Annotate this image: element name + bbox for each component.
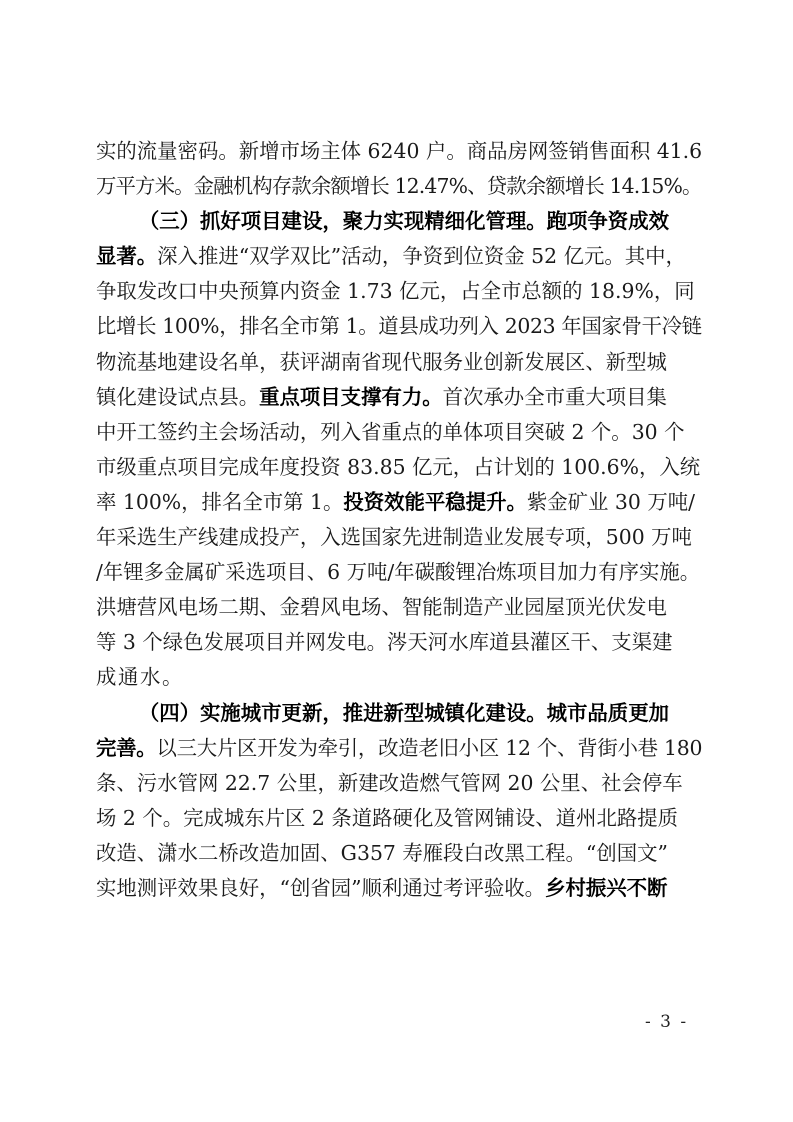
body-text: 等 3 个绿色发展项目并网发电。涔天河水库道县灌区干、支渠建 xyxy=(96,630,672,654)
bold-heading-text: （四）实施城市更新，推进新型城镇化建设。城市品质更加 xyxy=(139,701,669,725)
body-text: 比增长 100%，排名全市第 1。道县成功列入 2023 年国家骨干冷链 xyxy=(96,314,702,338)
body-text: 镇化建设试点县。 xyxy=(96,385,259,409)
text-line: 争取发改口中央预算内资金 1.73 亿元，占全市总额的 18.9%，同 xyxy=(96,274,702,309)
bold-heading-text: 显著。 xyxy=(96,244,157,268)
body-text: 条、污水管网 22.7 公里，新建改造燃气管网 20 公里、社会停车 xyxy=(96,771,683,795)
body-text: 实的流量密码。新增市场主体 6240 户。商品房网签销售面积 41.6 xyxy=(96,139,702,163)
text-line: 中开工签约主会场活动，列入省重点的单体项目突破 2 个。30 个 xyxy=(96,415,702,450)
body-text: 率 100%，排名全市第 1。 xyxy=(96,490,343,514)
text-line: 镇化建设试点县。重点项目支撑有力。首次承办全市重大项目集 xyxy=(96,380,702,415)
body-text: 改造、潇水二桥改造加固、G357 寿雁段白改黑工程。“创国文” xyxy=(96,841,668,865)
bold-heading-text: （三）抓好项目建设，聚力实现精细化管理。跑项争资成效 xyxy=(139,209,669,233)
body-text: 争取发改口中央预算内资金 1.73 亿元，占全市总额的 18.9%，同 xyxy=(96,279,695,303)
body-text: 紫金矿业 30 万吨/ xyxy=(527,490,695,514)
body-text: 深入推进“双学双比”活动，争资到位资金 52 亿元。其中， xyxy=(157,244,686,268)
text-line: 改造、潇水二桥改造加固、G357 寿雁段白改黑工程。“创国文” xyxy=(96,836,702,871)
bold-heading-text: 重点项目支撑有力。 xyxy=(259,385,443,409)
body-text: /年锂多金属矿采选项目、6 万吨/年碳酸锂冶炼项目加力有序实施。 xyxy=(96,560,700,584)
text-line: 万平方米。金融机构存款余额增长 12.47%、贷款余额增长 14.15%。 xyxy=(96,169,702,204)
text-line: 显著。深入推进“双学双比”活动，争资到位资金 52 亿元。其中， xyxy=(96,239,702,274)
document-body: 实的流量密码。新增市场主体 6240 户。商品房网签销售面积 41.6万平方米。… xyxy=(96,134,702,906)
text-line: 成通水。 xyxy=(96,660,702,695)
bold-heading-text: 乡村振兴不断 xyxy=(545,876,667,900)
text-line: 条、污水管网 22.7 公里，新建改造燃气管网 20 公里、社会停车 xyxy=(96,766,702,801)
text-line: /年锂多金属矿采选项目、6 万吨/年碳酸锂冶炼项目加力有序实施。 xyxy=(96,555,702,590)
body-text: 洪塘营风电场二期、金碧风电场、智能制造产业园屋顶光伏发电 xyxy=(96,595,667,619)
body-text: 以三大片区开发为牵引，改造老旧小区 12 个、背街小巷 180 xyxy=(156,736,702,760)
text-line: 实的流量密码。新增市场主体 6240 户。商品房网签销售面积 41.6 xyxy=(96,134,702,169)
text-line: （四）实施城市更新，推进新型城镇化建设。城市品质更加 xyxy=(96,696,702,731)
text-line: 比增长 100%，排名全市第 1。道县成功列入 2023 年国家骨干冷链 xyxy=(96,309,702,344)
text-line: 场 2 个。完成城东片区 2 条道路硬化及管网铺设、道州北路提质 xyxy=(96,801,702,836)
text-line: 率 100%，排名全市第 1。投资效能平稳提升。紫金矿业 30 万吨/ xyxy=(96,485,702,520)
text-line: 年采选生产线建成投产，入选国家先进制造业发展专项，500 万吨 xyxy=(96,520,702,555)
text-line: 物流基地建设名单，获评湖南省现代服务业创新发展区、新型城 xyxy=(96,345,702,380)
bold-heading-text: 投资效能平稳提升。 xyxy=(343,490,527,514)
body-text: 实地测评效果良好，“创省园”顺利通过考评验收。 xyxy=(96,876,545,900)
body-text: 场 2 个。完成城东片区 2 条道路硬化及管网铺设、道州北路提质 xyxy=(96,806,678,830)
text-line: 实地测评效果良好，“创省园”顺利通过考评验收。乡村振兴不断 xyxy=(96,871,702,906)
body-text: 市级重点项目完成年度投资 83.85 亿元，占计划的 100.6%，入统 xyxy=(96,455,700,479)
body-text: 年采选生产线建成投产，入选国家先进制造业发展专项，500 万吨 xyxy=(96,525,692,549)
text-line: （三）抓好项目建设，聚力实现精细化管理。跑项争资成效 xyxy=(96,204,702,239)
body-text: 成通水。 xyxy=(96,665,184,689)
bold-heading-text: 完善。 xyxy=(96,736,156,760)
page-number: - 3 - xyxy=(645,1012,688,1032)
text-line: 市级重点项目完成年度投资 83.85 亿元，占计划的 100.6%，入统 xyxy=(96,450,702,485)
text-line: 完善。以三大片区开发为牵引，改造老旧小区 12 个、背街小巷 180 xyxy=(96,731,702,766)
text-line: 洪塘营风电场二期、金碧风电场、智能制造产业园屋顶光伏发电 xyxy=(96,590,702,625)
body-text: 物流基地建设名单，获评湖南省现代服务业创新发展区、新型城 xyxy=(96,350,667,374)
text-line: 等 3 个绿色发展项目并网发电。涔天河水库道县灌区干、支渠建 xyxy=(96,625,702,660)
body-text: 首次承办全市重大项目集 xyxy=(443,385,667,409)
body-text: 万平方米。金融机构存款余额增长 12.47%、贷款余额增长 14.15%。 xyxy=(96,174,702,198)
body-text: 中开工签约主会场活动，列入省重点的单体项目突破 2 个。30 个 xyxy=(96,420,685,444)
